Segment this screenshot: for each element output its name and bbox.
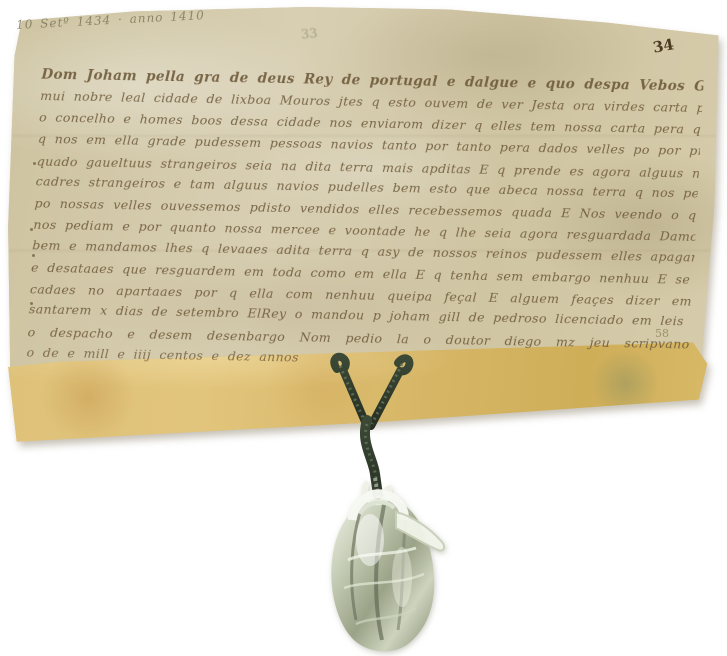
seal-cord (334, 357, 409, 508)
photograph-of-parchment-charter: Dom Joham pella gra de deus Rey de portu… (0, 0, 727, 656)
pendant-seal (331, 482, 444, 651)
seal-and-cord-graphic (0, 0, 727, 656)
